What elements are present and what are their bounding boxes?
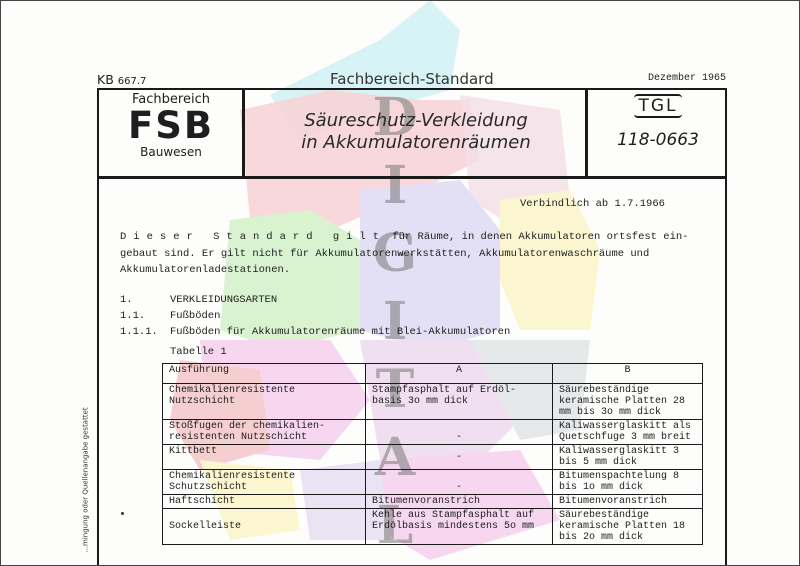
issue-date: Dezember 1965 xyxy=(648,73,726,84)
table-header-row: Ausführung A B xyxy=(163,364,703,384)
table-cell: Kehle aus Stampfasphalt auf Erdölbasis m… xyxy=(366,509,553,545)
section-number: 1.1.1. xyxy=(120,326,170,338)
table-cell: Säurebeständige keramische Platten 28 mm… xyxy=(553,384,703,420)
table-cell: Chemikalienresistente Nutzschicht xyxy=(163,384,366,420)
tgl-box: TGL 118-0663 xyxy=(589,94,727,150)
table-cell: Bitumenvoranstrich xyxy=(553,495,703,509)
section-heading: 1.VERKLEIDUNGSARTEN xyxy=(120,294,277,306)
intro-line1: für Räume, in denen Akkumulatoren ortsfe… xyxy=(386,231,688,243)
fsb-box: Fachbereich FSB Bauwesen xyxy=(99,92,243,159)
table-row: Sockelleiste Kehle aus Stampfasphalt auf… xyxy=(163,509,703,545)
document-title: Säureschutz-Verkleidung in Akkumulatoren… xyxy=(246,110,586,154)
intro-paragraph: Dieser Standard gilt für Räume, in denen… xyxy=(120,229,700,279)
table-row: Kittbett - Kaliwasserglaskitt 3 bis 5 mm… xyxy=(163,445,703,470)
table-cell: Kaliwasserglaskitt 3 bis 5 mm dick xyxy=(553,445,703,470)
section-number: 1.1. xyxy=(120,310,170,322)
table-cell: Sockelleiste xyxy=(163,509,366,545)
header-cell: Ausführung xyxy=(163,364,366,384)
category-label: Fachbereich-Standard xyxy=(330,70,494,88)
table-cell: - xyxy=(366,420,553,445)
tgl-logo: TGL xyxy=(634,94,681,118)
table-cell: Bitumenspachtelung 8 bis 1o mm dick xyxy=(553,470,703,495)
header-cell: A xyxy=(366,364,553,384)
section-text: VERKLEIDUNGSARTEN xyxy=(170,294,277,306)
table-row: Stoßfugen der chemikalien-resistenten Nu… xyxy=(163,420,703,445)
title-line2: in Akkumulatorenräumen xyxy=(246,132,586,154)
table-cell: Kaliwasserglaskitt als Quetschfuge 3 mm … xyxy=(553,420,703,445)
table-cell: Kittbett xyxy=(163,445,366,470)
section-text: Fußböden für Akkumulatorenräume mit Blei… xyxy=(170,326,510,338)
table-cell: Stampfasphalt auf Erdöl-basis 3o mm dick xyxy=(366,384,553,420)
side-note: ...mingung oder Quellenangabe gestattet xyxy=(85,400,99,566)
section-number: 1. xyxy=(120,294,170,306)
fsb-code: FSB xyxy=(99,107,243,145)
kb-label: KB xyxy=(97,72,114,87)
header-cell: B xyxy=(553,364,703,384)
table-row: Chemikalienresistente Nutzschicht Stampf… xyxy=(163,384,703,420)
table-cell: - xyxy=(366,470,553,495)
header-divider xyxy=(97,176,727,179)
kb-number: KB 667.7 xyxy=(97,72,146,87)
table-cell: Säurebeständige keramische Platten 18 bi… xyxy=(553,509,703,545)
table-cell: Chemikalienresistente Schutzschicht xyxy=(163,470,366,495)
speck xyxy=(121,512,124,515)
intro-line2: gebaut sind. Er gilt nicht für Akkumulat… xyxy=(120,248,649,260)
table-caption: Tabelle 1 xyxy=(170,346,227,358)
intro-spaced: Dieser Standard gilt xyxy=(120,231,386,243)
table-1: Ausführung A B Chemikalienresistente Nut… xyxy=(162,363,703,545)
tgl-number: 118-0663 xyxy=(589,130,727,150)
table-cell: - xyxy=(366,445,553,470)
table-cell: Stoßfugen der chemikalien-resistenten Nu… xyxy=(163,420,366,445)
table-cell: Haftschicht xyxy=(163,495,366,509)
table-cell: Bitumenvoranstrich xyxy=(366,495,553,509)
section-heading: 1.1.1.Fußböden für Akkumulatorenräume mi… xyxy=(120,326,510,338)
fsb-line3: Bauwesen xyxy=(99,145,243,159)
effective-date: Verbindlich ab 1.7.1966 xyxy=(520,198,665,210)
section-text: Fußböden xyxy=(170,310,220,322)
table-row: Haftschicht Bitumenvoranstrich Bitumenvo… xyxy=(163,495,703,509)
intro-line3: Akkumulatorenladestationen. xyxy=(120,264,290,276)
table-row: Chemikalienresistente Schutzschicht - Bi… xyxy=(163,470,703,495)
side-note-text: ...mingung oder Quellenangabe gestattet xyxy=(82,407,90,552)
kb-value: 667.7 xyxy=(118,76,147,87)
title-line1: Säureschutz-Verkleidung xyxy=(246,110,586,132)
section-heading: 1.1.Fußböden xyxy=(120,310,220,322)
